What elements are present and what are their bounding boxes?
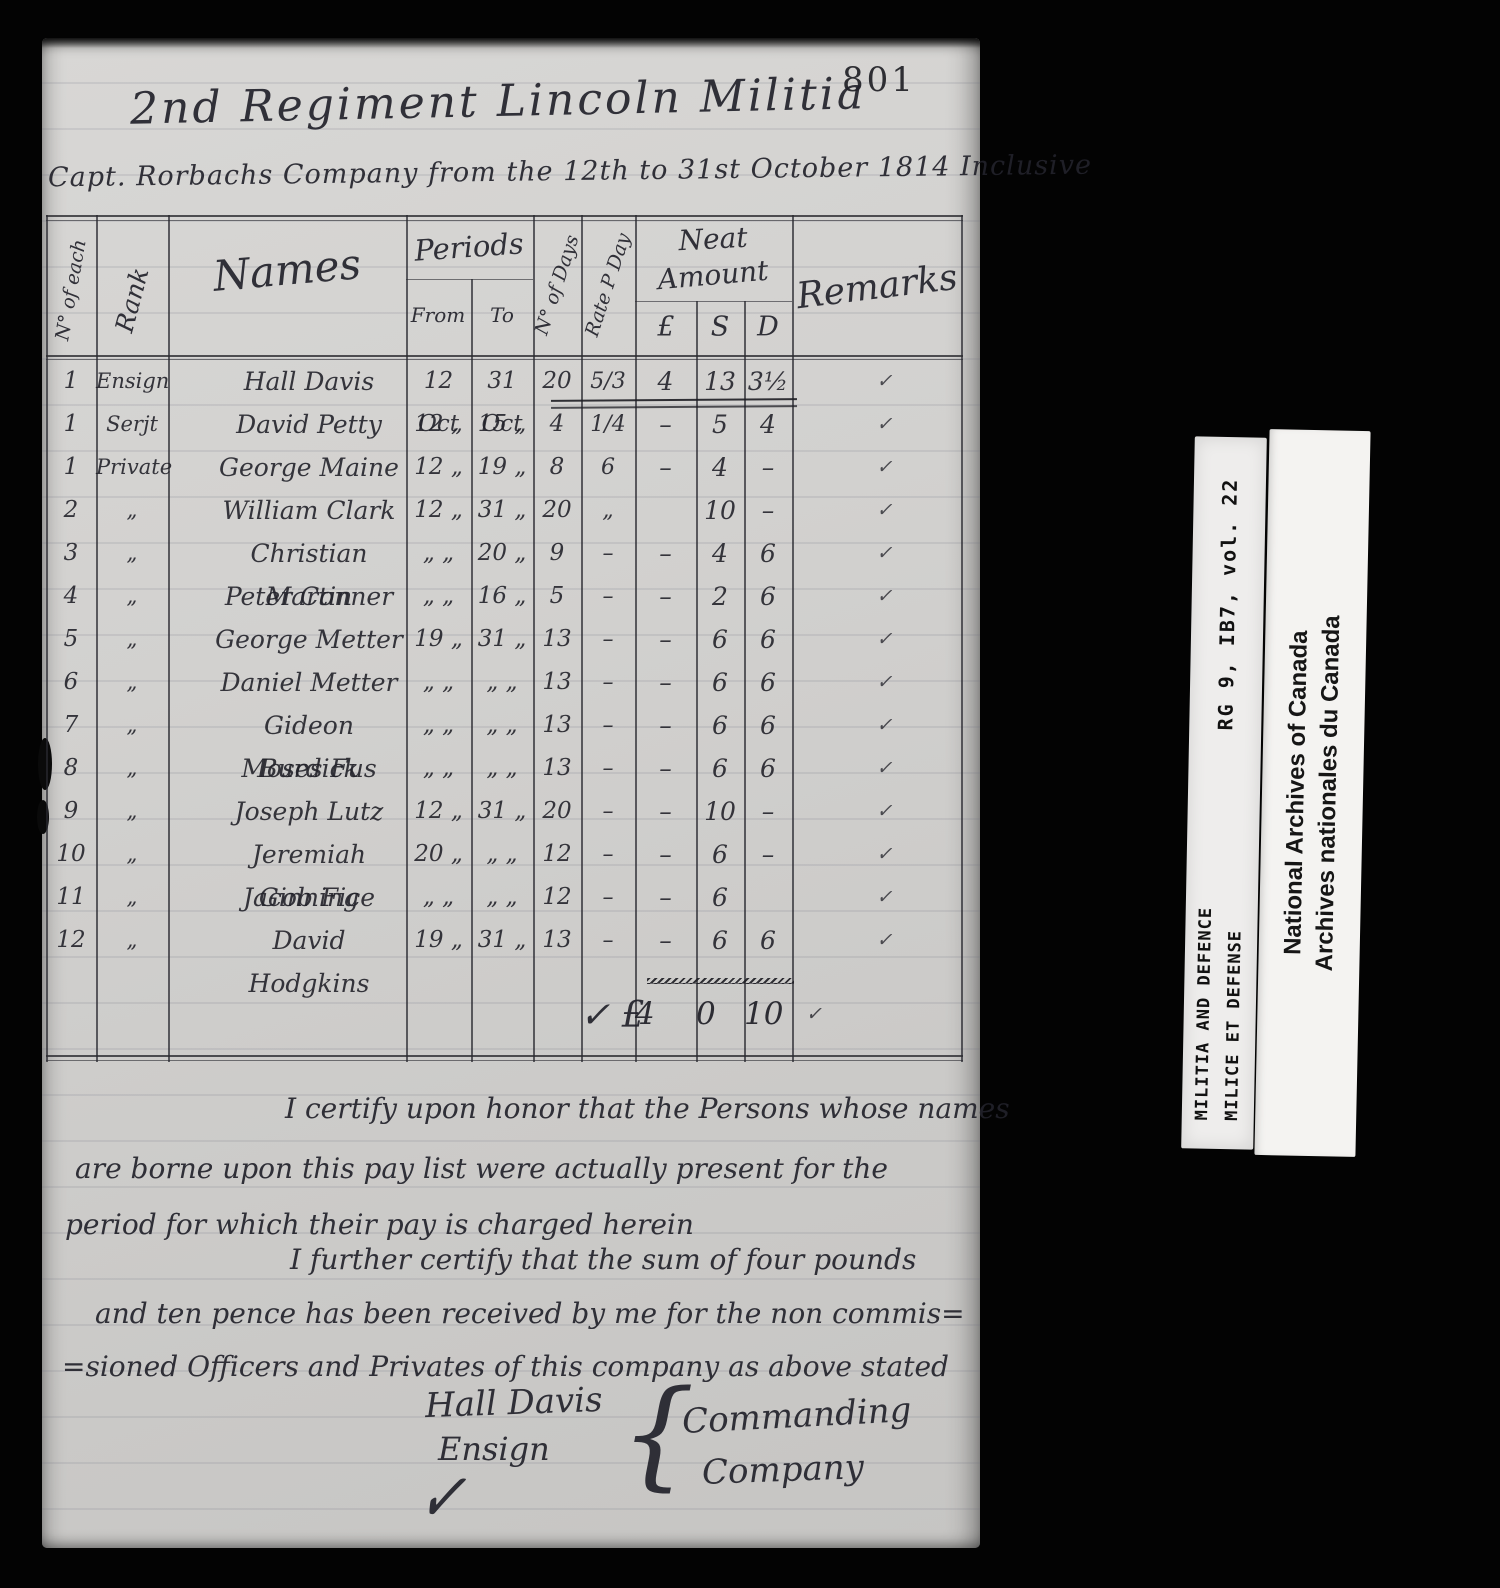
document-page: 801 2nd Regiment Lincoln Militia Capt. R… [42, 38, 980, 1548]
cell-no: 3 [46, 532, 96, 575]
certification-line: =sioned Officers and Privates of this co… [62, 1350, 949, 1383]
cell-from: 12 „ [406, 790, 471, 833]
cell-no: 5 [46, 618, 96, 661]
cell-from: „ „ [406, 704, 471, 747]
cell-no: 1 [46, 360, 96, 403]
cell-d: – [744, 446, 792, 489]
cell-rate: – [581, 876, 635, 919]
cell-rem: ✓ [792, 403, 963, 446]
cell-d [744, 876, 792, 919]
cell-l: – [635, 790, 696, 833]
cell-from: 12 „ [406, 446, 471, 489]
cell-to: 31 Oct [471, 360, 533, 403]
certification-line: and ten pence has been received by me fo… [95, 1297, 965, 1330]
cell-from: 19 „ [406, 618, 471, 661]
cell-s: 4 [696, 446, 744, 489]
cell-to: 31 „ [471, 618, 533, 661]
cell-name: Gideon Burdick [168, 704, 406, 747]
cell-d: – [744, 790, 792, 833]
cell-rank: Serjt [96, 403, 168, 446]
certification-line: I further certify that the sum of four p… [290, 1243, 916, 1276]
settled-rule [551, 398, 797, 409]
signature-role-line1: Commanding [681, 1390, 912, 1442]
cell-to: „ „ [471, 704, 533, 747]
cell-to: „ „ [471, 747, 533, 790]
cell-rem: ✓ [792, 919, 963, 962]
cell-d: 6 [744, 618, 792, 661]
table-row: 11„Jacob Fice„ „„ „12––6✓ [46, 876, 963, 919]
cell-d: 6 [744, 704, 792, 747]
archive-department-line: MILITIA AND DEFENCE [1188, 907, 1222, 1121]
cell-rem: ✓ [792, 618, 963, 661]
cell-name: Peter Conner [168, 575, 406, 618]
cell-to: 19 „ [471, 446, 533, 489]
cell-name: Joseph Lutz [168, 790, 406, 833]
cell-no: 9 [46, 790, 96, 833]
cell-to: 31 „ [471, 790, 533, 833]
table-row: 1EnsignHall Davis12 Oct31 Oct205/34133½✓ [46, 360, 963, 403]
cell-l: – [635, 704, 696, 747]
cell-d: – [744, 489, 792, 532]
cell-rate: 5/3 [581, 360, 635, 403]
table-border [46, 355, 963, 357]
total-row: 4 0 10 ✓ [46, 987, 963, 1042]
cell-from: „ „ [406, 532, 471, 575]
cell-no: 1 [46, 403, 96, 446]
total-spacer [471, 987, 533, 1042]
cell-name: William Clark [168, 489, 406, 532]
cell-days: 13 [533, 618, 581, 661]
total-spacer [46, 987, 96, 1042]
cell-l [635, 489, 696, 532]
cell-rank: „ [96, 661, 168, 704]
table-border [46, 220, 963, 221]
cell-s: 6 [696, 747, 744, 790]
cell-l: – [635, 575, 696, 618]
col-header-names: Names [211, 239, 363, 301]
cell-no: 12 [46, 919, 96, 962]
cell-no: 10 [46, 833, 96, 876]
cell-rem: ✓ [792, 532, 963, 575]
cell-from: „ „ [406, 575, 471, 618]
cell-rank: „ [96, 575, 168, 618]
cell-from: „ „ [406, 747, 471, 790]
cell-name: David Hodgkins [168, 919, 406, 962]
cell-s: 10 [696, 790, 744, 833]
col-header-remarks: Remarks [794, 257, 959, 317]
cell-s: 10 [696, 489, 744, 532]
cell-d: 3½ [744, 360, 792, 403]
cell-rank: Ensign [96, 360, 168, 403]
cell-rate: „ [581, 489, 635, 532]
col-header-pounds: £ [657, 312, 674, 343]
archive-reference-strip: RG 9, IB7, vol. 22 MILITIA AND DEFENCE M… [1181, 436, 1267, 1149]
signature-role-line2: Company [701, 1447, 864, 1493]
table-row: 12„David Hodgkins19 „31 „13––66✓ [46, 919, 963, 962]
total-pence: 10 [744, 987, 792, 1042]
cell-no: 11 [46, 876, 96, 919]
cell-rank: „ [96, 876, 168, 919]
cell-name: Daniel Metter [168, 661, 406, 704]
cell-rate: 6 [581, 446, 635, 489]
cell-name: George Maine [168, 446, 406, 489]
cell-name: Jeremiah Ginning [168, 833, 406, 876]
table-row: 10„Jeremiah Ginning20 „„ „12––6–✓ [46, 833, 963, 876]
cell-s: 13 [696, 360, 744, 403]
total-pounds: 4 [635, 987, 696, 1042]
cell-d: 6 [744, 919, 792, 962]
cell-s: 5 [696, 403, 744, 446]
cell-no: 6 [46, 661, 96, 704]
cell-rem: ✓ [792, 833, 963, 876]
archive-institution-label: National Archives of Canada Archives nat… [1276, 614, 1348, 971]
cell-days: 9 [533, 532, 581, 575]
cell-l: – [635, 446, 696, 489]
cell-rank: „ [96, 790, 168, 833]
cell-l: 4 [635, 360, 696, 403]
cell-rate: – [581, 575, 635, 618]
cell-from: 12 Oct [406, 360, 471, 403]
cell-days: 12 [533, 833, 581, 876]
cell-name: Moses Fus [168, 747, 406, 790]
cell-d: 6 [744, 532, 792, 575]
cell-s: 6 [696, 618, 744, 661]
col-header-amount-line1: Neat [678, 221, 749, 258]
cell-rem: ✓ [792, 575, 963, 618]
cell-name: Christian Martin [168, 532, 406, 575]
cell-d: 6 [744, 575, 792, 618]
col-header-periods: Periods [413, 226, 525, 268]
verification-tick: ✓ [413, 1452, 470, 1545]
table-border [406, 279, 533, 280]
total-rule-squiggle [647, 978, 794, 984]
cell-rem: ✓ [792, 790, 963, 833]
cell-from: 12 „ [406, 403, 471, 446]
cell-d: – [744, 833, 792, 876]
cell-rate: – [581, 532, 635, 575]
cell-rem: ✓ [792, 446, 963, 489]
certification-line: are borne upon this pay list were actual… [75, 1152, 888, 1185]
cell-no: 7 [46, 704, 96, 747]
cell-days: 13 [533, 919, 581, 962]
total-spacer [533, 987, 581, 1042]
total-spacer [96, 987, 168, 1042]
table-body: 1EnsignHall Davis12 Oct31 Oct205/34133½✓… [46, 360, 963, 962]
cell-days: 5 [533, 575, 581, 618]
cell-days: 12 [533, 876, 581, 919]
signature-name: Hall Davis [424, 1380, 603, 1426]
cell-from: 12 „ [406, 489, 471, 532]
total-tick: ✓ [792, 987, 963, 1042]
cell-from: 19 „ [406, 919, 471, 962]
cell-from: „ „ [406, 876, 471, 919]
cell-rate: – [581, 618, 635, 661]
cell-rem: ✓ [792, 661, 963, 704]
col-header-to: To [490, 303, 514, 327]
archive-reference-label: RG 9, IB7, vol. 22 [1213, 477, 1242, 730]
table-row: 6„Daniel Metter„ „„ „13––66✓ [46, 661, 963, 704]
cell-name: George Metter [168, 618, 406, 661]
cell-rank: „ [96, 704, 168, 747]
cell-no: 1 [46, 446, 96, 489]
cell-days: 13 [533, 704, 581, 747]
cell-l: – [635, 833, 696, 876]
table-row: 4„Peter Conner„ „16 „5––26✓ [46, 575, 963, 618]
cell-rank: „ [96, 919, 168, 962]
cell-no: 8 [46, 747, 96, 790]
cell-name: David Petty [168, 403, 406, 446]
cell-days: 4 [533, 403, 581, 446]
document-title: 2nd Regiment Lincoln Militia [130, 68, 867, 134]
cell-name: Hall Davis [168, 360, 406, 403]
pay-table: N° of each Rank Names Periods From To N°… [46, 215, 963, 1062]
cell-rank: „ [96, 489, 168, 532]
cell-l: – [635, 403, 696, 446]
cell-d: 6 [744, 747, 792, 790]
col-header-days: N° of Days [531, 232, 584, 337]
cell-s: 4 [696, 532, 744, 575]
table-row: 3„Christian Martin„ „20 „9––46✓ [46, 532, 963, 575]
cell-l: – [635, 747, 696, 790]
cell-to: „ „ [471, 876, 533, 919]
table-row: 1PrivateGeorge Maine12 „19 „86–4–✓ [46, 446, 963, 489]
scan-background: 801 2nd Regiment Lincoln Militia Capt. R… [0, 0, 1500, 1588]
col-header-rank: Rank [110, 265, 155, 336]
cell-no: 4 [46, 575, 96, 618]
col-header-rate: Rate P Day [581, 231, 635, 340]
certification-line: I certify upon honor that the Persons wh… [285, 1092, 1010, 1125]
cell-name: Jacob Fice [168, 876, 406, 919]
cell-rate: – [581, 704, 635, 747]
cell-rank: „ [96, 618, 168, 661]
table-row: 2„William Clark12 „31 „20„10–✓ [46, 489, 963, 532]
archive-department-line: MILICE ET DEFENSE [1218, 907, 1252, 1121]
cell-days: 20 [533, 360, 581, 403]
table-border [46, 1060, 963, 1061]
archive-institution-strip: National Archives of Canada Archives nat… [1254, 429, 1370, 1157]
cell-to: 31 „ [471, 919, 533, 962]
total-spacer [168, 987, 406, 1042]
cell-to: „ „ [471, 661, 533, 704]
total-spacer [581, 987, 635, 1042]
cell-rank: „ [96, 532, 168, 575]
cell-days: 13 [533, 747, 581, 790]
cell-s: 6 [696, 661, 744, 704]
cell-from: „ „ [406, 661, 471, 704]
cell-no: 2 [46, 489, 96, 532]
cell-s: 6 [696, 704, 744, 747]
cell-s: 6 [696, 876, 744, 919]
table-border [635, 301, 792, 302]
cell-days: 20 [533, 489, 581, 532]
cell-rem: ✓ [792, 747, 963, 790]
table-border [46, 1055, 963, 1057]
cell-s: 6 [696, 833, 744, 876]
col-header-pence: D [757, 312, 779, 343]
table-row: 9„Joseph Lutz12 „31 „20––10–✓ [46, 790, 963, 833]
cell-rate: – [581, 661, 635, 704]
total-shillings: 0 [696, 987, 744, 1042]
cell-s: 2 [696, 575, 744, 618]
cell-days: 20 [533, 790, 581, 833]
cell-to: 16 „ [471, 575, 533, 618]
total-spacer [406, 987, 471, 1042]
cell-to: „ „ [471, 833, 533, 876]
document-subtitle: Capt. Rorbachs Company from the 12th to … [48, 150, 1092, 194]
cell-rank: „ [96, 747, 168, 790]
cell-rate: – [581, 919, 635, 962]
cell-days: 8 [533, 446, 581, 489]
cell-rank: Private [96, 446, 168, 489]
col-header-number: N° of each [51, 238, 90, 342]
cell-d: 6 [744, 661, 792, 704]
cell-s: 6 [696, 919, 744, 962]
table-row: 7„Gideon Burdick„ „„ „13––66✓ [46, 704, 963, 747]
archive-institution-line: Archives nationales du Canada [1309, 615, 1349, 972]
table-row: 8„Moses Fus„ „„ „13––66✓ [46, 747, 963, 790]
cell-days: 13 [533, 661, 581, 704]
cell-l: – [635, 618, 696, 661]
cell-l: – [635, 661, 696, 704]
table-row: 1SerjtDavid Petty12 „15 „41/4–54✓ [46, 403, 963, 446]
cell-rate: – [581, 790, 635, 833]
cell-rem: ✓ [792, 876, 963, 919]
cell-l: – [635, 919, 696, 962]
cell-d: 4 [744, 403, 792, 446]
col-header-amount-line2: Amount [656, 254, 769, 297]
cell-to: 31 „ [471, 489, 533, 532]
table-row: 5„George Metter19 „31 „13––66✓ [46, 618, 963, 661]
cell-rem: ✓ [792, 704, 963, 747]
cell-l: – [635, 876, 696, 919]
archive-department-label: MILITIA AND DEFENCE MILICE ET DEFENSE [1188, 907, 1252, 1122]
certification-line: period for which their pay is charged he… [65, 1208, 694, 1241]
cell-rem: ✓ [792, 360, 963, 403]
cell-rate: – [581, 747, 635, 790]
cell-rem: ✓ [792, 489, 963, 532]
cell-rate: – [581, 833, 635, 876]
cell-from: 20 „ [406, 833, 471, 876]
table-border [46, 215, 963, 217]
cell-to: 20 „ [471, 532, 533, 575]
col-header-shillings: S [711, 312, 730, 343]
cell-rank: „ [96, 833, 168, 876]
col-header-from: From [411, 303, 465, 327]
cell-l: – [635, 532, 696, 575]
cell-rate: 1/4 [581, 403, 635, 446]
cell-to: 15 „ [471, 403, 533, 446]
